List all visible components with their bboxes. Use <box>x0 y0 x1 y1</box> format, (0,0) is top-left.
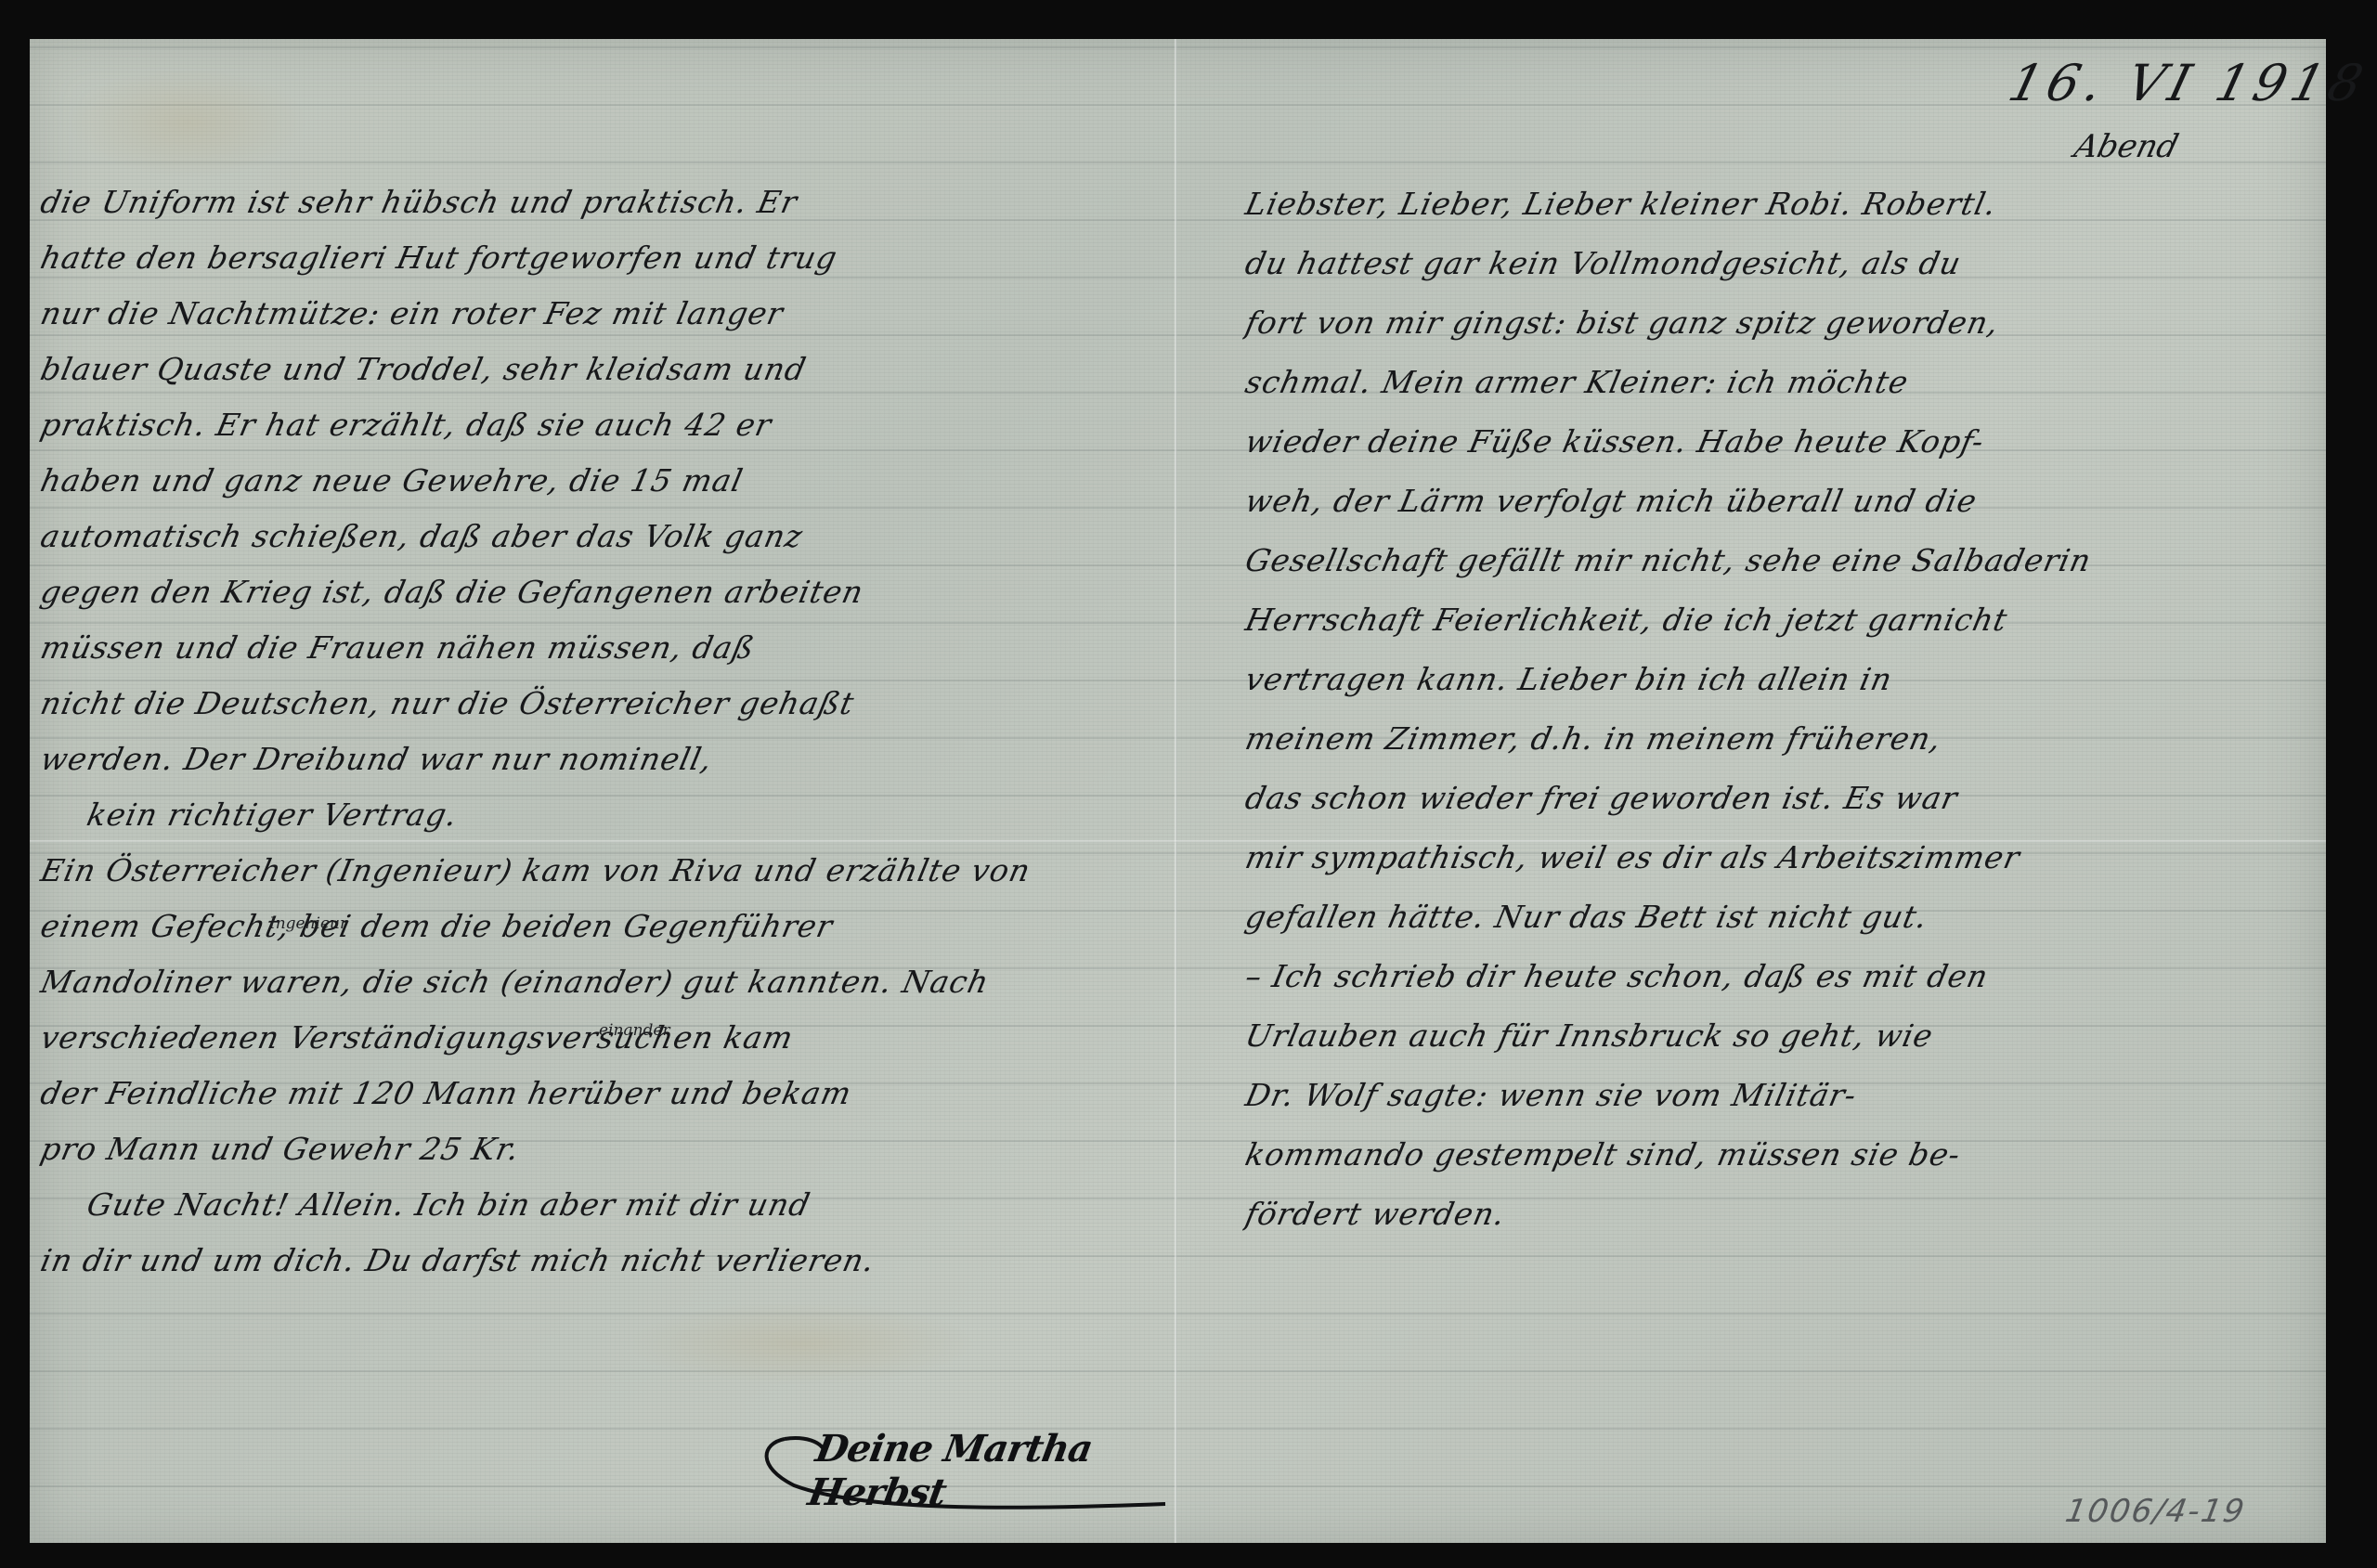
letter-date: 16. VI 1918 <box>2003 54 2374 112</box>
text-line: werden. Der Dreibund war nur nominell, <box>35 732 1143 787</box>
text-line: Urlauben auch für Innsbruck so geht, wie <box>1240 1006 2302 1066</box>
text-line: meinem Zimmer, d.h. in meinem früheren, <box>1240 709 2302 769</box>
text-line: nur die Nachtmütze: ein roter Fez mit la… <box>35 286 1143 342</box>
text-line: wieder deine Füße küssen. Habe heute Kop… <box>1240 412 2302 472</box>
text-line: kommando gestempelt sind, müssen sie be- <box>1240 1125 2302 1185</box>
text-line: müssen und die Frauen nähen müssen, daß <box>35 620 1143 676</box>
text-line: blauer Quaste und Troddel, sehr kleidsam… <box>35 342 1143 397</box>
text-line: haben und ganz neue Gewehre, die 15 mal <box>35 453 1143 509</box>
text-line: verschiedenen Verständigungsversuchen ka… <box>35 1010 1143 1066</box>
salutation: Liebster, Lieber, Lieber kleiner Robi. R… <box>1240 175 2302 234</box>
text-line: vertragen kann. Lieber bin ich allein in <box>1240 650 2302 709</box>
signature: Deine Martha Herbst <box>757 1416 1175 1518</box>
text-line: Mandoliner waren, die sich (einander) gu… <box>35 954 1143 1010</box>
text-line: in dir und um dich. Du darfst mich nicht… <box>35 1233 1143 1289</box>
paper-stain <box>67 67 308 178</box>
text-line: hatte den bersaglieri Hut fortgeworfen u… <box>35 230 1143 286</box>
interlinear-insert: Ingenieur <box>269 914 347 933</box>
text-line: einem Gefecht, bei dem die beiden Gegenf… <box>35 899 1143 954</box>
letter-time-of-day: Abend <box>2071 128 2182 165</box>
left-page-text: die Uniform ist sehr hübsch und praktisc… <box>35 175 1131 1289</box>
text-line: weh, der Lärm verfolgt mich überall und … <box>1240 472 2302 531</box>
archive-reference-number: 1006/4-19 <box>2062 1493 2248 1530</box>
text-line: praktisch. Er hat erzählt, daß sie auch … <box>35 397 1143 453</box>
text-line: Ein Österreicher (Ingenieur) kam von Riv… <box>35 843 1143 899</box>
text-line: die Uniform ist sehr hübsch und praktisc… <box>35 175 1143 230</box>
text-line: fort von mir gingst: bist ganz spitz gew… <box>1240 293 2302 353</box>
text-line: Gute Nacht! Allein. Ich bin aber mit dir… <box>35 1177 1143 1233</box>
text-line: pro Mann und Gewehr 25 Kr. <box>35 1121 1143 1177</box>
vertical-fold-crease <box>1175 39 1177 1543</box>
text-line: Herrschaft Feierlichkeit, die ich jetzt … <box>1240 590 2302 650</box>
text-line: nicht die Deutschen, nur die Österreiche… <box>35 676 1143 732</box>
text-line: – Ich schrieb dir heute schon, daß es mi… <box>1240 947 2302 1006</box>
text-line: kein richtiger Vertrag. <box>35 787 1143 843</box>
text-line: Gesellschaft gefällt mir nicht, sehe ein… <box>1240 531 2302 590</box>
text-line: der Feindliche mit 120 Mann herüber und … <box>35 1066 1143 1121</box>
signature-name: Deine Martha Herbst <box>805 1427 1183 1514</box>
text-line: automatisch schießen, daß aber das Volk … <box>35 509 1143 564</box>
text-line: fördert werden. <box>1240 1185 2302 1244</box>
text-line: du hattest gar kein Vollmondgesicht, als… <box>1240 234 2302 293</box>
text-line: gegen den Krieg ist, daß die Gefangenen … <box>35 564 1143 620</box>
interlinear-insert: einander <box>599 1021 670 1040</box>
text-line: das schon wieder frei geworden ist. Es w… <box>1240 769 2302 828</box>
text-line: schmal. Mein armer Kleiner: ich möchte <box>1240 353 2302 412</box>
text-line: mir sympathisch, weil es dir als Arbeits… <box>1240 828 2302 888</box>
right-page-text: Liebster, Lieber, Lieber kleiner Robi. R… <box>1240 175 2289 1244</box>
paper-stain <box>624 1302 977 1385</box>
text-line: Dr. Wolf sagte: wenn sie vom Militär- <box>1240 1066 2302 1125</box>
text-line: gefallen hätte. Nur das Bett ist nicht g… <box>1240 888 2302 947</box>
